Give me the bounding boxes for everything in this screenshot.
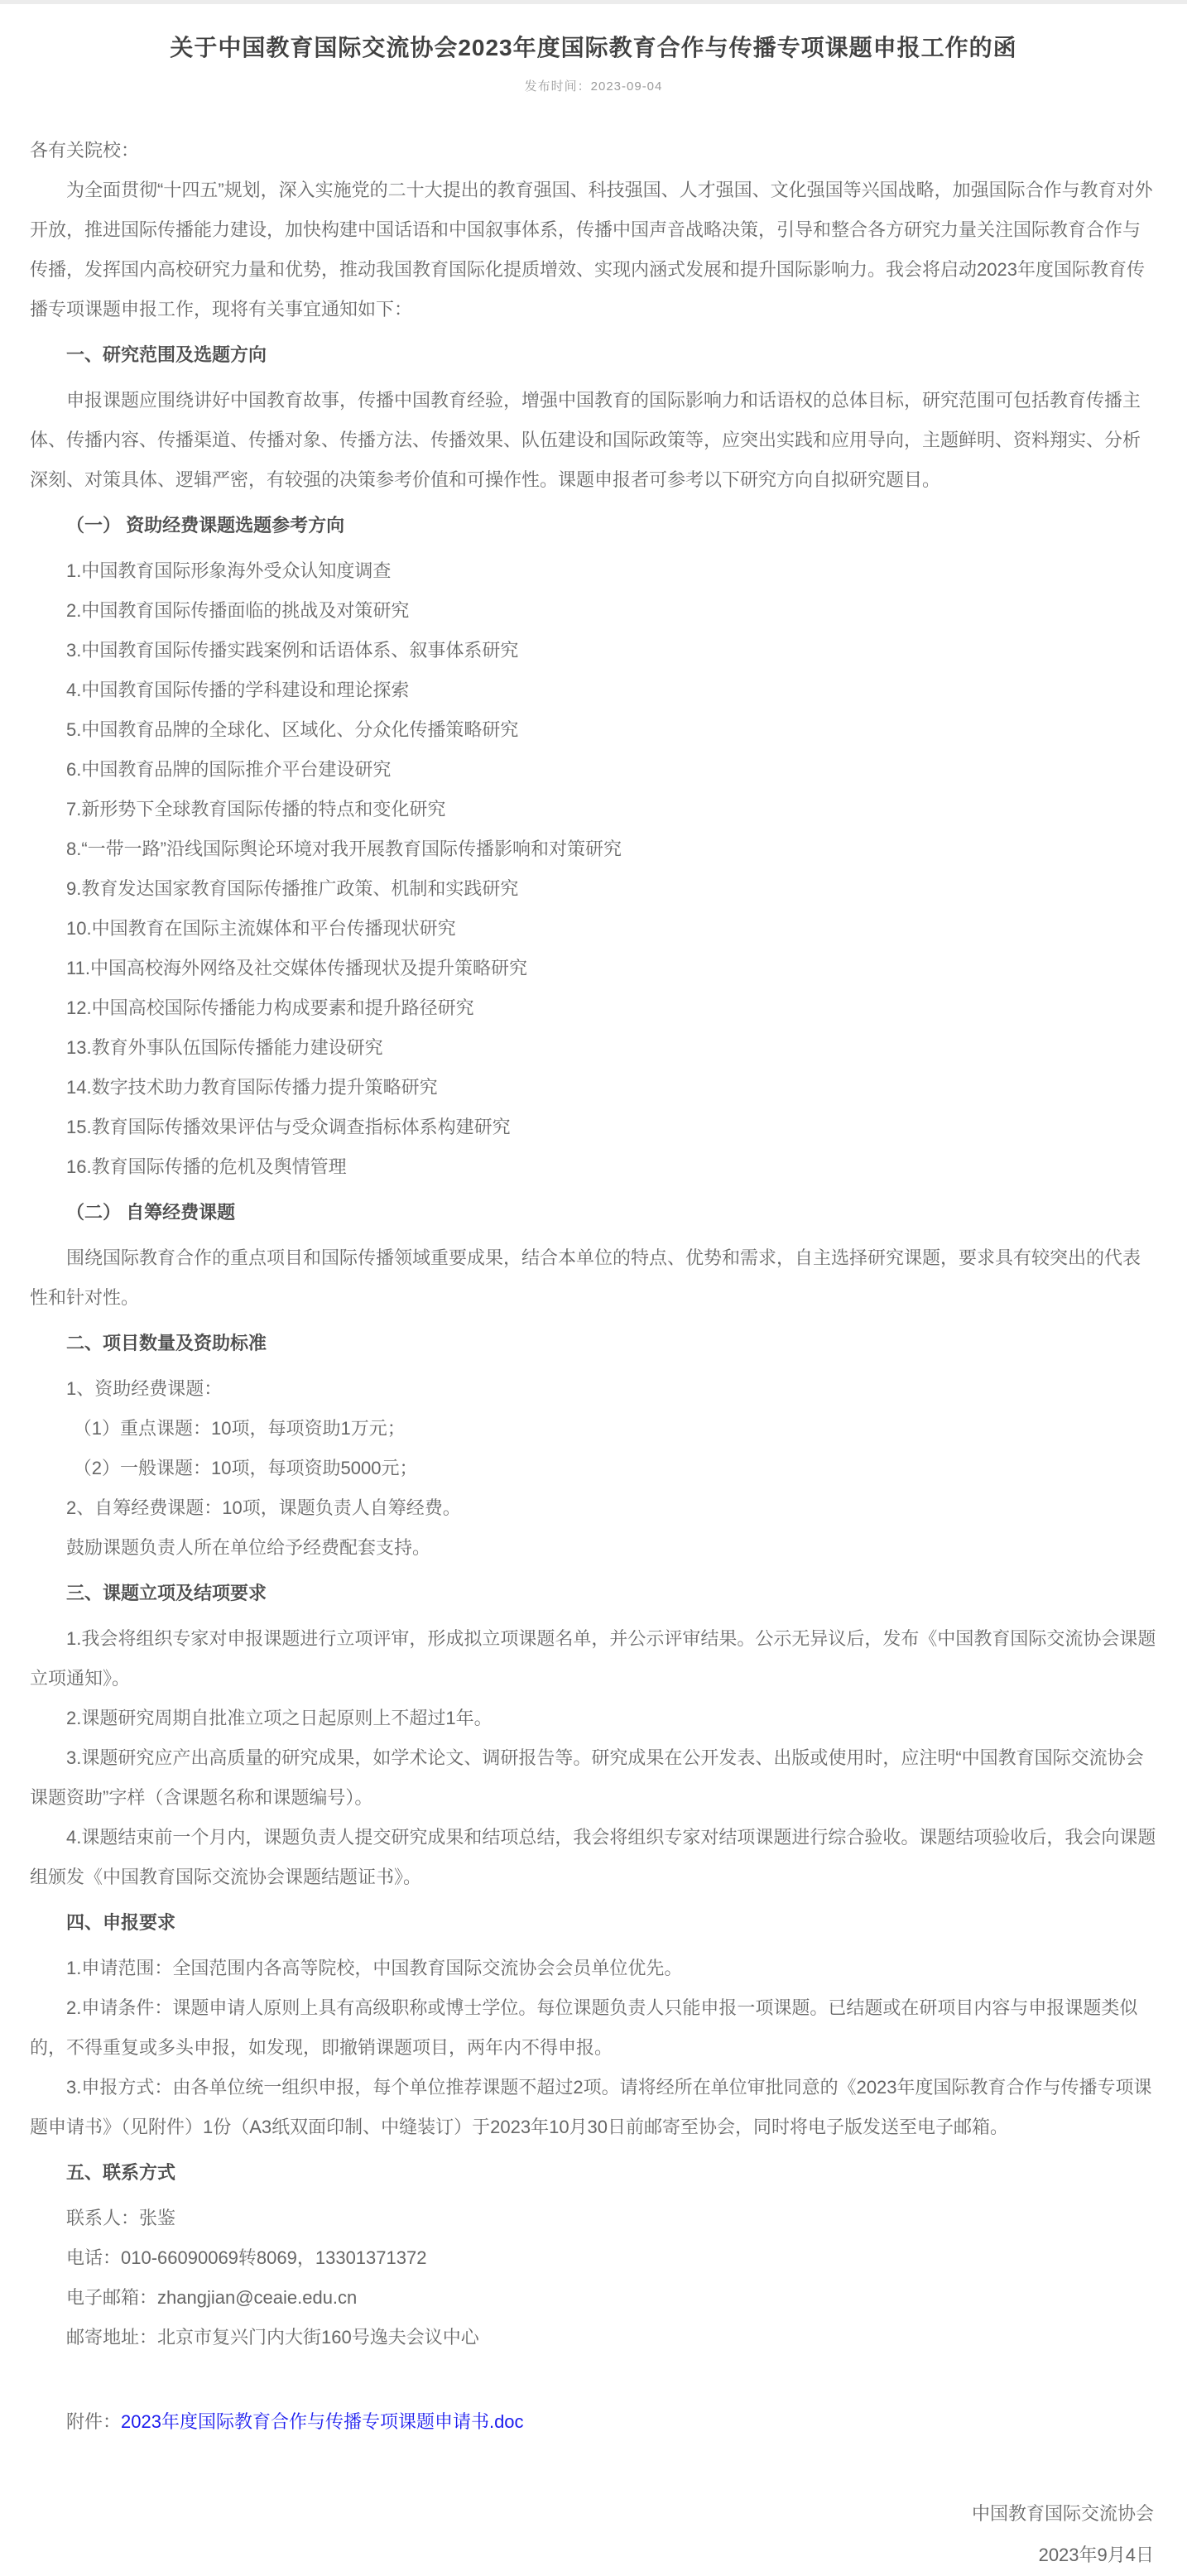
paragraph-line: 7.新形势下全球教育国际传播的特点和变化研究 bbox=[30, 790, 1157, 829]
document-body: 各有关院校：为全面贯彻“十四五”规划，深入实施党的二十大提出的教育强国、科技强国… bbox=[30, 131, 1157, 2357]
paragraph-line: 6.中国教育品牌的国际推介平台建设研究 bbox=[30, 750, 1157, 790]
publish-time-label: 发布时间： bbox=[525, 79, 591, 94]
paragraph-line: 申报课题应围绕讲好中国教育故事，传播中国教育经验，增强中国教育的国际影响力和话语… bbox=[30, 381, 1157, 500]
paragraph-line: 1.中国教育国际形象海外受众认知度调查 bbox=[30, 551, 1157, 591]
paragraph-line: 9.教育发达国家教育国际传播推广政策、机制和实践研究 bbox=[30, 869, 1157, 909]
paragraph-line: 3.课题研究应产出高质量的研究成果，如学术论文、调研报告等。研究成果在公开发表、… bbox=[30, 1738, 1157, 1818]
publish-time-row: 发布时间：2023-09-04 bbox=[30, 77, 1157, 94]
document-page: 关于中国教育国际交流协会2023年度国际教育合作与传播专项课题申报工作的函 发布… bbox=[0, 31, 1187, 2576]
page-title: 关于中国教育国际交流协会2023年度国际教育合作与传播专项课题申报工作的函 bbox=[63, 31, 1124, 65]
section-heading: 一、研究范围及选题方向 bbox=[30, 335, 1157, 375]
paragraph-line: 4.中国教育国际传播的学科建设和理论探索 bbox=[30, 670, 1157, 710]
paragraph-line: 1.我会将组织专家对申报课题进行立项评审，形成拟立项课题名单，并公示评审结果。公… bbox=[30, 1619, 1157, 1699]
section-heading: 四、申报要求 bbox=[30, 1903, 1157, 1943]
attachment-label: 附件： bbox=[66, 2411, 121, 2432]
paragraph-line: 2、自筹经费课题：10项，课题负责人自筹经费。 bbox=[30, 1488, 1157, 1528]
section-heading: 二、项目数量及资助标准 bbox=[30, 1324, 1157, 1363]
section-heading: 三、课题立项及结项要求 bbox=[30, 1574, 1157, 1613]
paragraph-line: 16.教育国际传播的危机及舆情管理 bbox=[30, 1147, 1157, 1187]
publish-time-value: 2023-09-04 bbox=[591, 79, 663, 94]
paragraph-line: 12.中国高校国际传播能力构成要素和提升路径研究 bbox=[30, 988, 1157, 1028]
paragraph-line: 围绕国际教育合作的重点项目和国际传播领域重要成果，结合本单位的特点、优势和需求，… bbox=[30, 1238, 1157, 1318]
paragraph-line: 2.中国教育国际传播面临的挑战及对策研究 bbox=[30, 591, 1157, 631]
section-heading: （一） 资助经费课题选题参考方向 bbox=[30, 506, 1157, 545]
section-heading: 五、联系方式 bbox=[30, 2153, 1157, 2193]
attachment-row: 附件：2023年度国际教育合作与传播专项课题申请书.doc bbox=[30, 2402, 1157, 2442]
salutation-line: 各有关院校： bbox=[30, 131, 1157, 171]
paragraph-line: 11.中国高校海外网络及社交媒体传播现状及提升策略研究 bbox=[30, 949, 1157, 988]
sub-list-item: （1）重点课题：10项，每项资助1万元； bbox=[30, 1409, 1157, 1449]
attachment-link[interactable]: 2023年度国际教育合作与传播专项课题申请书.doc bbox=[121, 2411, 524, 2432]
paragraph-line: 电子邮箱：zhangjian@ceaie.edu.cn bbox=[30, 2278, 1157, 2318]
paragraph-line: 15.教育国际传播效果评估与受众调查指标体系构建研究 bbox=[30, 1108, 1157, 1147]
signature-block: 中国教育国际交流协会 2023年9月4日 bbox=[30, 2493, 1157, 2576]
paragraph-line: 1、资助经费课题： bbox=[30, 1369, 1157, 1409]
paragraph-line: 4.课题结束前一个月内，课题负责人提交研究成果和结项总结，我会将组织专家对结项课… bbox=[30, 1818, 1157, 1897]
paragraph-line: 8.“一带一路”沿线国际舆论环境对我开展教育国际传播影响和对策研究 bbox=[30, 829, 1157, 869]
paragraph-line: 邮寄地址：北京市复兴门内大街160号逸夫会议中心 bbox=[30, 2318, 1157, 2357]
paragraph-line: 3.申报方式：由各单位统一组织申报，每个单位推荐课题不超过2项。请将经所在单位审… bbox=[30, 2068, 1157, 2147]
paragraph-line: 13.教育外事队伍国际传播能力建设研究 bbox=[30, 1028, 1157, 1068]
sub-list-item: （2）一般课题：10项，每项资助5000元； bbox=[30, 1449, 1157, 1488]
paragraph-line: 1.申请范围：全国范围内各高等院校，中国教育国际交流协会会员单位优先。 bbox=[30, 1949, 1157, 1988]
paragraph-line: 电话：010-66090069转8069，13301371372 bbox=[30, 2238, 1157, 2278]
paragraph-line: 2.申请条件：课题申请人原则上具有高级职称或博士学位。每位课题负责人只能申报一项… bbox=[30, 1988, 1157, 2068]
paragraph-line: 鼓励课题负责人所在单位给予经费配套支持。 bbox=[30, 1528, 1157, 1568]
paragraph-line: 5.中国教育品牌的全球化、区域化、分众化传播策略研究 bbox=[30, 710, 1157, 750]
paragraph-line: 联系人：张鉴 bbox=[30, 2199, 1157, 2238]
paragraph-line: 10.中国教育在国际主流媒体和平台传播现状研究 bbox=[30, 909, 1157, 949]
paragraph-line: 3.中国教育国际传播实践案例和话语体系、叙事体系研究 bbox=[30, 631, 1157, 670]
section-heading: （二） 自筹经费课题 bbox=[30, 1193, 1157, 1233]
signature-org: 中国教育国际交流协会 bbox=[30, 2493, 1154, 2535]
paragraph-line: 2.课题研究周期自批准立项之日起原则上不超过1年。 bbox=[30, 1699, 1157, 1738]
top-divider-band bbox=[0, 0, 1187, 4]
paragraph-line: 为全面贯彻“十四五”规划，深入实施党的二十大提出的教育强国、科技强国、人才强国、… bbox=[30, 171, 1157, 329]
paragraph-line: 14.数字技术助力教育国际传播力提升策略研究 bbox=[30, 1068, 1157, 1108]
signature-date: 2023年9月4日 bbox=[30, 2535, 1154, 2576]
